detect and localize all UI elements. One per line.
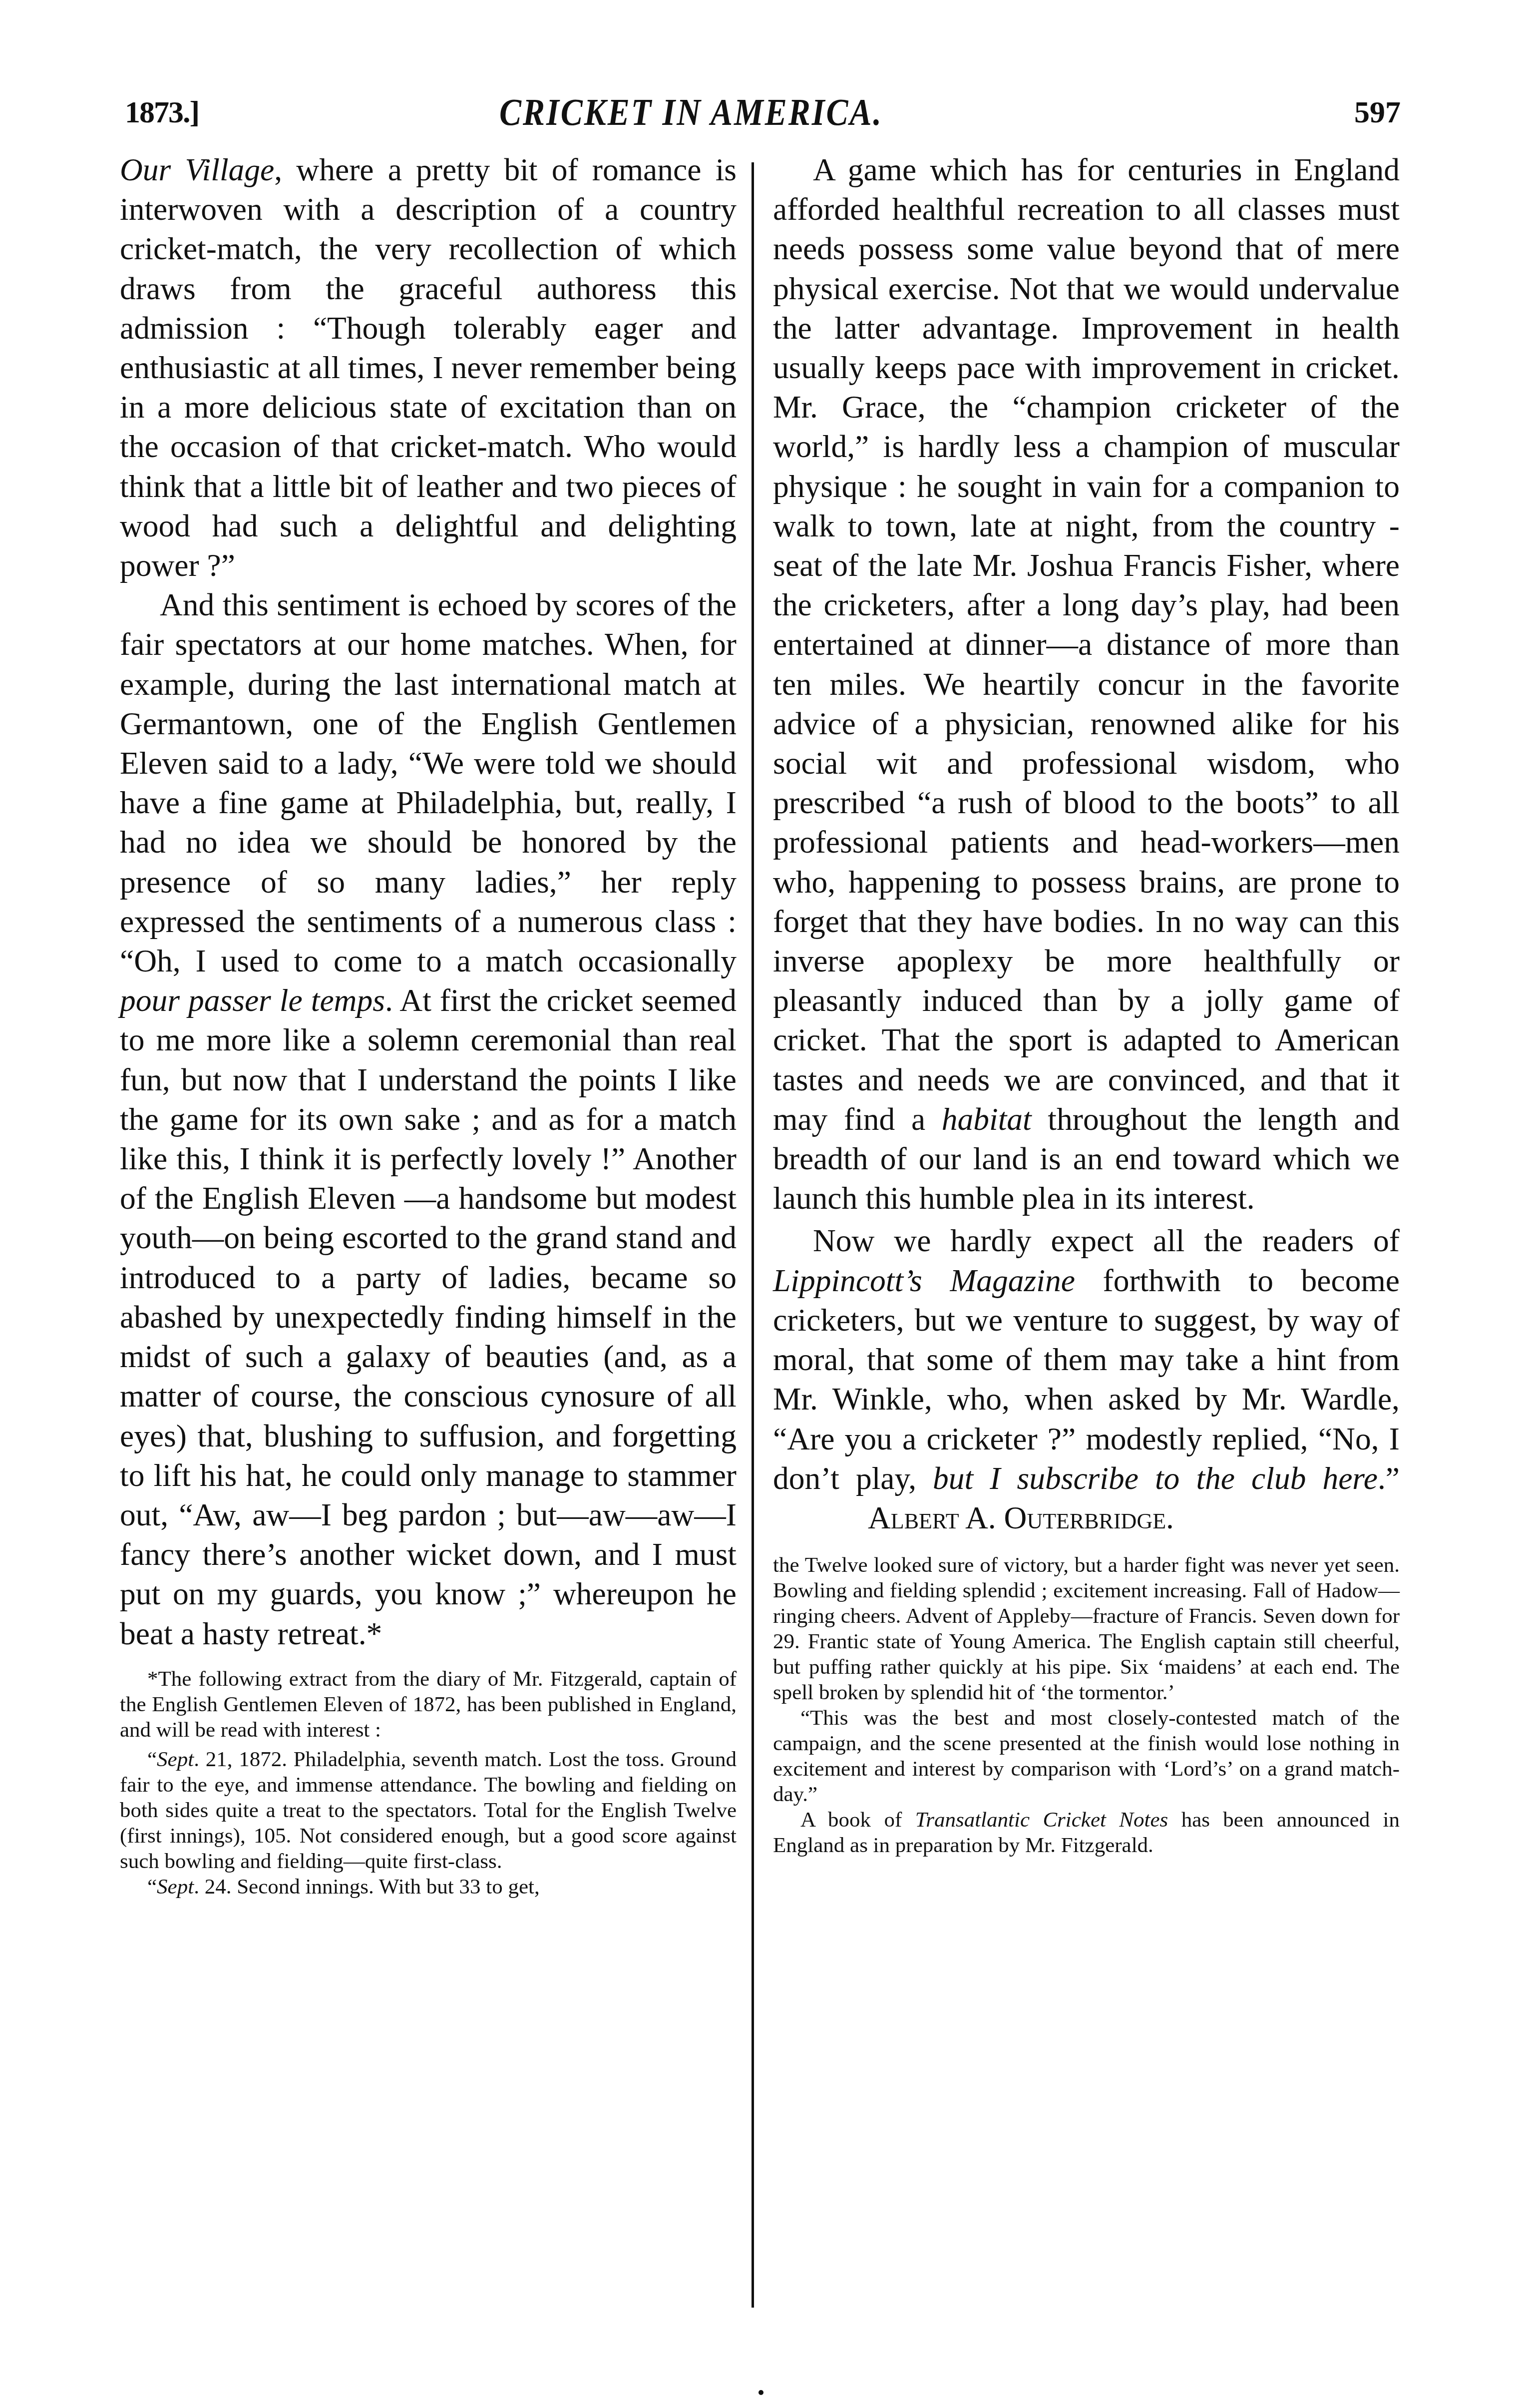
running-head: 1873.] CRICKET IN AMERICA. 597 bbox=[0, 75, 1515, 130]
quote-subscribe-to-club: but I subscribe to the club here bbox=[933, 1460, 1378, 1496]
left-paragraph-1: Our Village, where a pretty bit of roman… bbox=[120, 150, 737, 585]
footnote-entry-text: . 21, 1872. Philadelphia, seventh match.… bbox=[120, 1748, 737, 1873]
footnote-entry-date: Sept bbox=[157, 1875, 194, 1899]
print-speck bbox=[758, 2390, 763, 2395]
footnote-entry-date: Sept bbox=[157, 1748, 194, 1771]
running-head-year: 1873.] bbox=[125, 95, 199, 130]
left-paragraph-2-text-a: And this sentiment is echoed by scores o… bbox=[120, 587, 737, 978]
book-title-our-village: Our Village bbox=[120, 152, 274, 187]
author-signature: Albert A. Outerbridge. bbox=[828, 1498, 1174, 1537]
footnote-entry-text: . 24. Second innings. With but 33 to get… bbox=[194, 1875, 540, 1899]
magazine-title: Lippincott’s Magazine bbox=[773, 1263, 1075, 1298]
footnote-continued-p3: A book of Transatlantic Cricket Notes ha… bbox=[773, 1807, 1400, 1858]
left-paragraph-1-text: , where a pretty bit of romance is inter… bbox=[120, 152, 737, 583]
column-divider bbox=[752, 162, 754, 2308]
book-title-transatlantic-cricket-notes: Transatlantic Cricket Notes bbox=[915, 1808, 1168, 1832]
right-column: A game which has for centuries in Englan… bbox=[773, 150, 1400, 1858]
right-paragraph-2: Now we hardly expect all the readers of … bbox=[773, 1221, 1400, 1537]
footnote-continued: the Twelve looked sure of victory, but a… bbox=[773, 1552, 1400, 1858]
footnote-entry-sept-24: “Sept. 24. Second innings. With but 33 t… bbox=[120, 1874, 737, 1900]
footnote-continued-p1: the Twelve looked sure of victory, but a… bbox=[773, 1552, 1400, 1705]
right-paragraph-1: A game which has for centuries in Englan… bbox=[773, 150, 1400, 1218]
footnote-continued-p3-text-a: A book of bbox=[800, 1808, 915, 1832]
phrase-pour-passer-le-temps: pour passer le temps bbox=[120, 982, 385, 1018]
footnote: *The following extract from the diary of… bbox=[120, 1666, 737, 1900]
footnote-entry-sept-21: “Sept. 21, 1872. Philadelphia, seventh m… bbox=[120, 1747, 737, 1874]
right-paragraph-2-text-c: .” bbox=[1378, 1460, 1400, 1496]
left-paragraph-2: And this sentiment is echoed by scores o… bbox=[120, 585, 737, 1653]
page-number: 597 bbox=[1354, 95, 1401, 130]
footnote-intro: *The following extract from the diary of… bbox=[120, 1666, 737, 1743]
running-head-title: CRICKET IN AMERICA. bbox=[499, 91, 1019, 134]
word-habitat: habitat bbox=[942, 1101, 1032, 1137]
right-paragraph-1-text: A game which has for centuries in Englan… bbox=[773, 152, 1400, 1137]
right-paragraph-2-text-a: Now we hardly expect all the readers of bbox=[813, 1223, 1400, 1258]
left-paragraph-2-text-b: . At first the cricket seemed to me more… bbox=[120, 982, 737, 1651]
footnote-continued-p2: “This was the best and most closely-cont… bbox=[773, 1705, 1400, 1807]
left-column: Our Village, where a pretty bit of roman… bbox=[120, 150, 737, 1900]
